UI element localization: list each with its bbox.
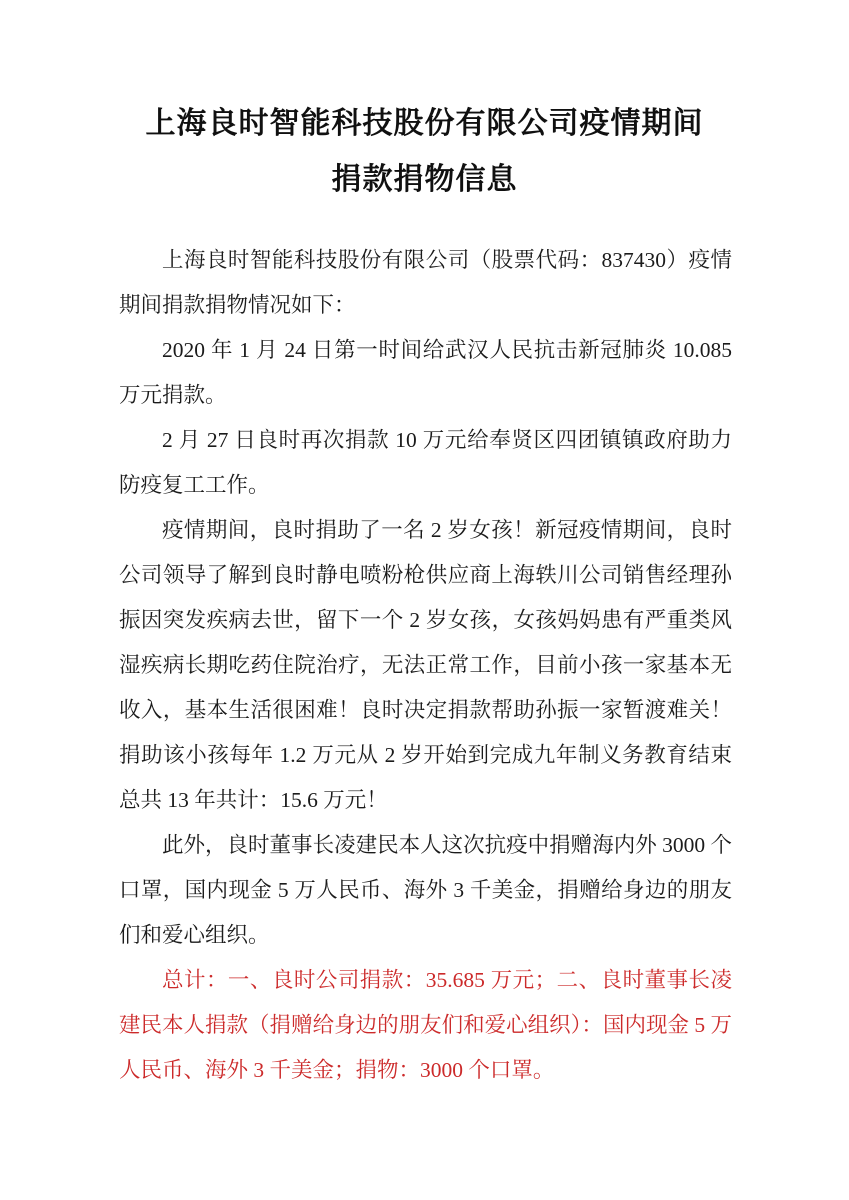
paragraph-donation-chairman: 此外，良时董事长凌建民本人这次抗疫中捐赠海内外 3000 个口罩，国内现金 5 …	[119, 823, 732, 958]
paragraph-donation-wuhan: 2020 年 1 月 24 日第一时间给武汉人民抗击新冠肺炎 10.085 万元…	[119, 328, 732, 418]
document-body: 上海良时智能科技股份有限公司（股票代码：837430）疫情期间捐款捐物情况如下：…	[119, 238, 732, 1093]
paragraph-donation-girl: 疫情期间，良时捐助了一名 2 岁女孩！新冠疫情期间，良时公司领导了解到良时静电喷…	[119, 508, 732, 823]
paragraph-summary-red: 总计：一、良时公司捐款：35.685 万元；二、良时董事长凌建民本人捐款（捐赠给…	[119, 958, 732, 1093]
document-page: 上海良时智能科技股份有限公司疫情期间 捐款捐物信息 上海良时智能科技股份有限公司…	[0, 0, 849, 1200]
paragraph-intro: 上海良时智能科技股份有限公司（股票代码：837430）疫情期间捐款捐物情况如下：	[119, 238, 732, 328]
title-line-1: 上海良时智能科技股份有限公司疫情期间	[70, 96, 779, 152]
document-title: 上海良时智能科技股份有限公司疫情期间 捐款捐物信息	[70, 96, 779, 208]
paragraph-donation-situan: 2 月 27 日良时再次捐款 10 万元给奉贤区四团镇镇政府助力防疫复工工作。	[119, 418, 732, 508]
title-line-2: 捐款捐物信息	[70, 152, 779, 208]
